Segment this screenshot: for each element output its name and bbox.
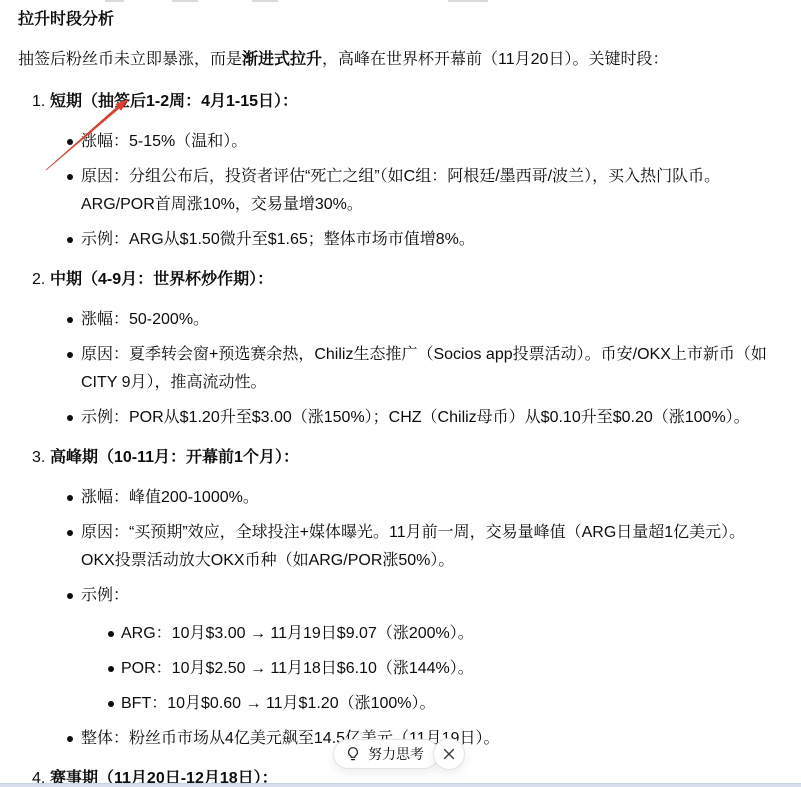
bullet-item: 示例：ARG从$1.50微升至$1.65；整体市场市值增8%。 (50, 226, 774, 254)
list-item-short-term: 1. 短期（抽签后1-2周：4月1-15日）： 涨幅：5-15%（温和）。 原因… (18, 88, 774, 254)
bullet-item: 原因：“买预期”效应，全球投注+媒体曝光。11月前一周，交易量峰值（ARG日量超… (50, 519, 774, 575)
intro-bold-phrase: 渐进式拉升 (242, 51, 322, 68)
list-item-peak-period: 3. 高峰期（10-11月：开幕前1个月）： 涨幅：峰值200-1000%。 原… (18, 444, 774, 753)
close-button[interactable] (433, 738, 465, 770)
section-title: 高峰期（10-11月：开幕前1个月）： (50, 449, 299, 466)
intro-text-post: ，高峰在世界杯开幕前（11月20日）。关键时段： (322, 51, 668, 68)
bullet-item: 涨幅：峰值200-1000%。 (50, 484, 774, 512)
section-title: 中期（4-9月：世界杯炒作期）： (50, 271, 273, 288)
top-edge-artifact (172, 0, 198, 2)
list-number: 2. (32, 266, 45, 294)
sub-bullet-item: ARG：10月$3.00 → 11月19日$9.07（涨200%）。 (81, 620, 774, 648)
bullet-text: 示例： (81, 587, 129, 604)
sub-bullet-item: POR：10月$2.50 → 11月18日$6.10（涨144%）。 (81, 655, 774, 683)
sub-bullet-item: BFT：10月$0.60 → 11月$1.20（涨100%）。 (81, 690, 774, 718)
x-icon (442, 747, 456, 761)
section-title: 短期（抽签后1-2周：4月1-15日）： (50, 93, 298, 110)
assistant-message: 拉升时段分析 抽签后粉丝币未立即暴涨，而是渐进式拉升，高峰在世界杯开幕前（11月… (0, 0, 801, 787)
bullet-item: 涨幅：5-15%（温和）。 (50, 128, 774, 156)
lightbulb-icon (345, 746, 361, 762)
list-number: 1. (32, 88, 45, 116)
top-edge-artifact (105, 0, 124, 2)
thinking-pill-label: 努力思考 (368, 740, 424, 768)
bullet-item: 示例： ARG：10月$3.00 → 11月19日$9.07（涨200%）。 P… (50, 582, 774, 718)
intro-paragraph: 抽签后粉丝币未立即暴涨，而是渐进式拉升，高峰在世界杯开幕前（11月20日）。关键… (18, 46, 774, 74)
thinking-pill-button[interactable]: 努力思考 (333, 739, 439, 769)
bullet-item: 原因：夏季转会窗+预选赛余热，Chiliz生态推广（Socios app投票活动… (50, 341, 774, 397)
intro-text-pre: 抽签后粉丝币未立即暴涨，而是 (18, 51, 242, 68)
message-heading: 拉升时段分析 (18, 8, 774, 32)
bullet-item: 涨幅：50-200%。 (50, 306, 774, 334)
bullet-item: 示例：POR从$1.20升至$3.00（涨150%）；CHZ（Chiliz母币）… (50, 404, 774, 432)
bottom-bar-edge (0, 783, 801, 787)
top-edge-artifact (252, 0, 278, 2)
bullet-item: 原因：分组公布后，投资者评估“死亡之组”（如C组：阿根廷/墨西哥/波兰），买入热… (50, 163, 774, 219)
chat-page: 拉升时段分析 抽签后粉丝币未立即暴涨，而是渐进式拉升，高峰在世界杯开幕前（11月… (0, 0, 801, 787)
top-edge-artifact (448, 0, 488, 2)
list-item-mid-term: 2. 中期（4-9月：世界杯炒作期）： 涨幅：50-200%。 原因：夏季转会窗… (18, 266, 774, 432)
list-number: 3. (32, 444, 45, 472)
